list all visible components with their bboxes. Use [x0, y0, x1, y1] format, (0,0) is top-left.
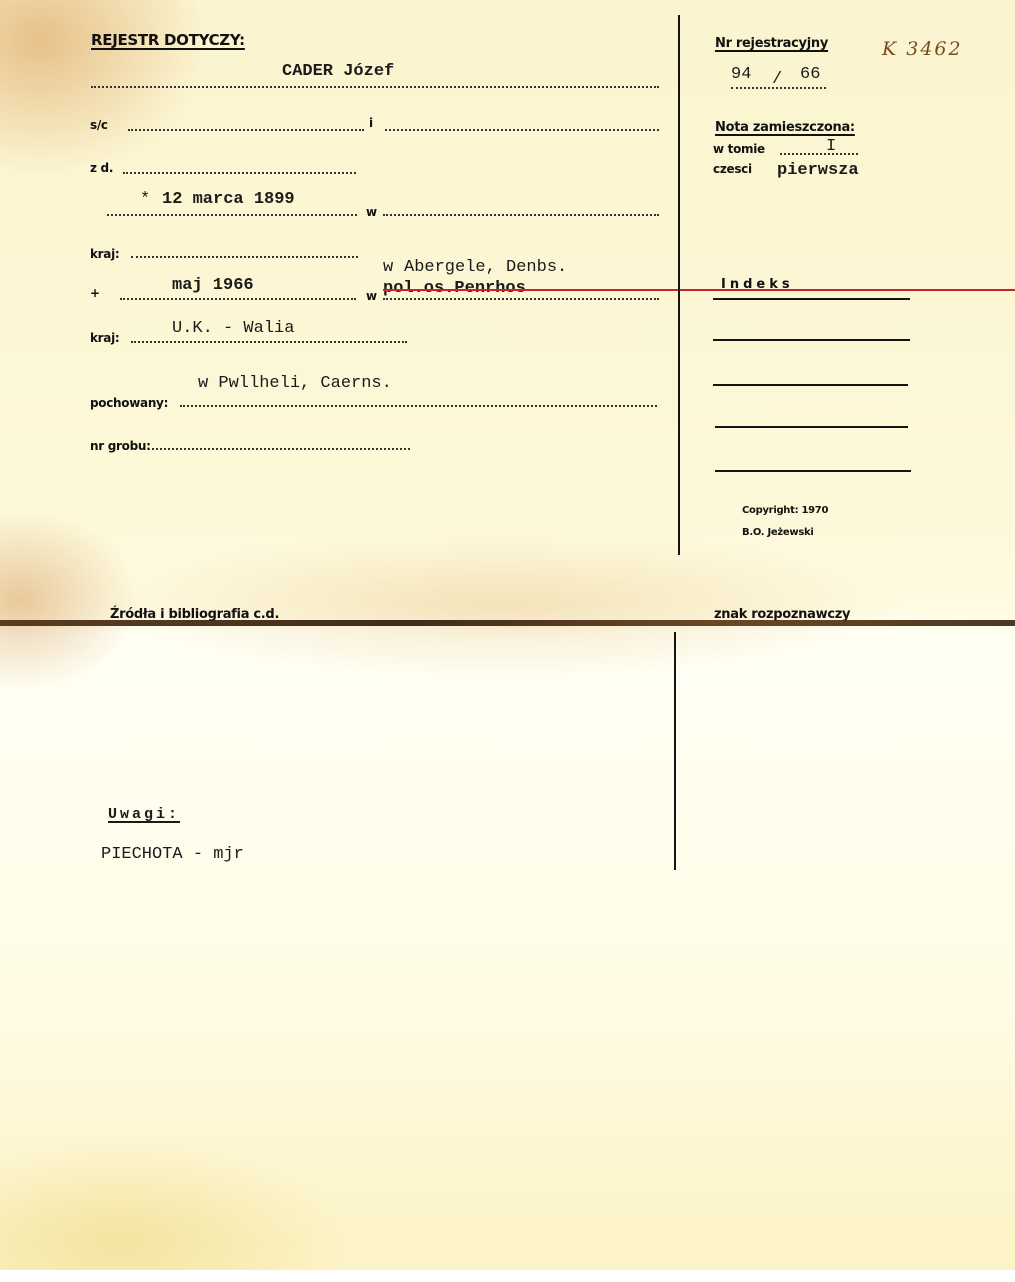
copyright-line2: B.O. Jeżewski: [742, 527, 813, 538]
note-label: Nota zamieszczona:: [715, 120, 855, 135]
name-line: [91, 86, 659, 88]
death-in-label: w: [366, 289, 377, 303]
subject-name: CADER Józef: [282, 62, 394, 81]
reg-label: Nr rejestracyjny: [715, 36, 828, 51]
death-country-label: kraj:: [90, 331, 119, 345]
birth-country-label: kraj:: [90, 247, 119, 261]
parents-label: s/c: [90, 118, 108, 132]
remarks-label: Uwagi:: [108, 806, 180, 823]
death-place-prefix: w: [383, 258, 393, 277]
death-place-line: [383, 298, 659, 300]
column-divider-bottom: [674, 632, 676, 870]
birth-symbol: *: [140, 190, 150, 209]
birth-date-line: [107, 214, 357, 216]
part-value: pierwsza: [777, 161, 859, 180]
header-title: REJESTR DOTYCZY:: [91, 31, 245, 49]
grave-line: [152, 448, 410, 450]
father-line: [128, 129, 364, 131]
birth-country-line: [131, 256, 358, 258]
maiden-label: z d.: [90, 161, 113, 175]
death-date-line: [120, 298, 356, 300]
parents-and: i: [369, 116, 373, 130]
volume-label: w tomie: [713, 142, 765, 156]
volume-value: I: [826, 137, 836, 156]
index-line-3: [713, 384, 908, 386]
birth-date: 12 marca 1899: [162, 190, 295, 209]
mother-line: [385, 129, 659, 131]
death-country: U.K. - Walia: [172, 319, 294, 338]
birth-in-label: w: [366, 205, 377, 219]
index-line-4: [715, 426, 908, 428]
remarks-value: PIECHOTA - mjr: [101, 845, 244, 864]
grave-label: nr grobu:: [90, 439, 151, 453]
death-symbol: +: [90, 286, 100, 300]
fold-line: [0, 620, 1015, 626]
volume-line: [780, 153, 858, 155]
death-place: Abergele, Denbs.: [404, 258, 567, 277]
handwritten-ref: K 3462: [882, 38, 963, 60]
reg-number-left: 94: [731, 65, 751, 84]
copyright-line1: Copyright: 1970: [742, 505, 828, 516]
burial-line: [180, 405, 657, 407]
reg-number-line: [731, 87, 826, 89]
burial-place: w Pwllheli, Caerns.: [198, 374, 392, 393]
column-divider-top: [678, 15, 680, 555]
index-card: [0, 0, 1015, 1270]
part-label: czesci: [713, 162, 752, 176]
index-label: Indeks: [721, 277, 794, 292]
death-place-struck: pol.os.Penrhos: [383, 279, 1015, 298]
burial-label: pochowany:: [90, 396, 168, 410]
death-date: maj 1966: [172, 276, 254, 295]
death-country-line: [131, 341, 407, 343]
maiden-line: [123, 172, 356, 174]
birth-place-line: [383, 214, 659, 216]
index-line-1: [713, 298, 910, 300]
index-line-5: [715, 470, 911, 472]
reg-number-right: 66: [800, 65, 820, 84]
index-line-2: [713, 339, 910, 341]
